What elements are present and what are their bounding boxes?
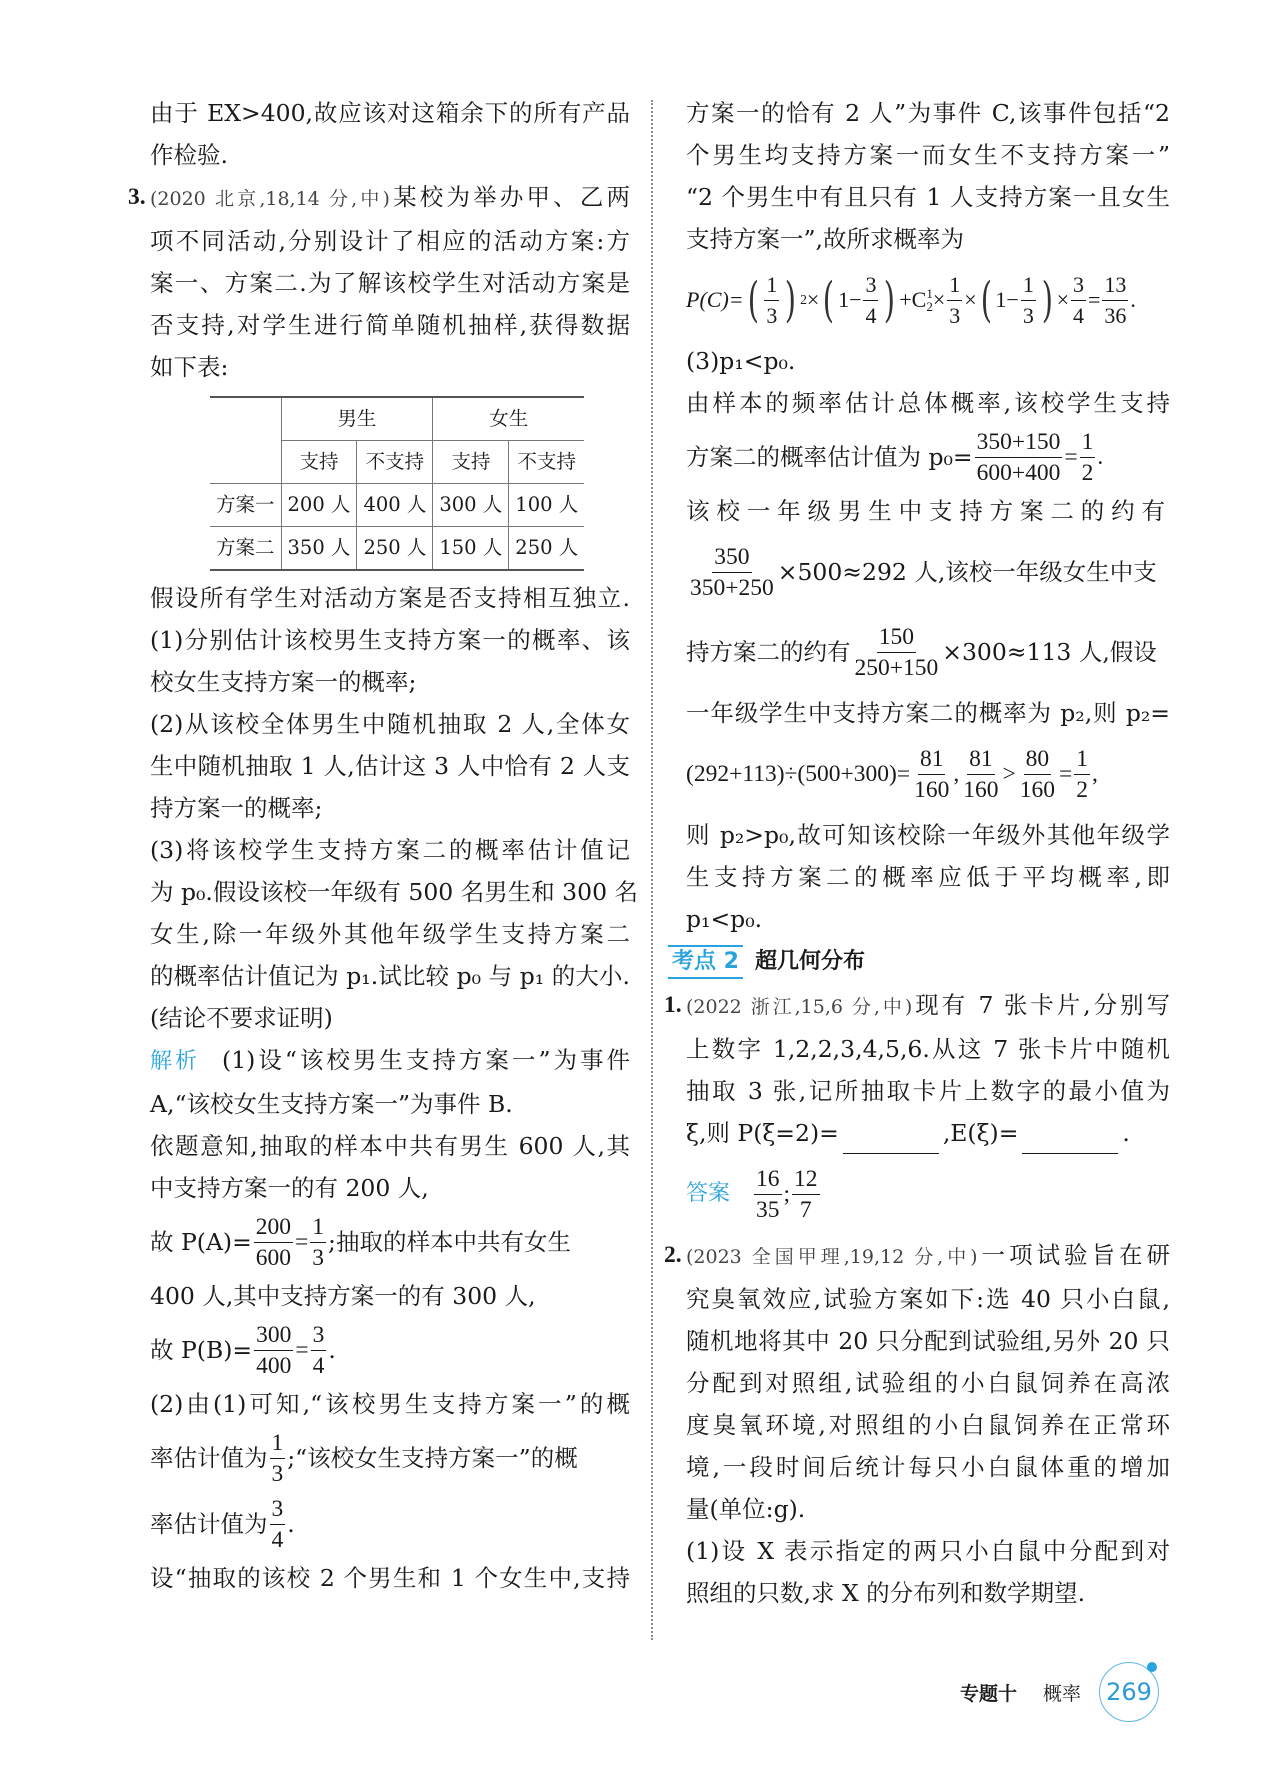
fraction: 13 bbox=[270, 1428, 286, 1489]
table-cell: 250 人 bbox=[357, 527, 433, 571]
text-line: p₁<p₀. bbox=[686, 898, 1170, 940]
text-line: 为 p₀.假设该校一年级有 500 名男生和 300 名 bbox=[150, 871, 630, 913]
table-sub-header: 支持 bbox=[433, 441, 509, 484]
text-line: (结论不要求证明) bbox=[150, 997, 630, 1039]
fraction: 1635 bbox=[754, 1164, 782, 1225]
text-line: (2)由(1)可知,“该校男生支持方案一”的概 bbox=[150, 1383, 630, 1425]
question-3: 3.(2020 北京,18,14 分,中)某校为举办甲、乙两 项不同活动,分别设… bbox=[150, 176, 630, 1039]
text-line: A,“该校女生支持方案一”为事件 B. bbox=[150, 1083, 630, 1125]
table-group-header: 男生 bbox=[281, 397, 433, 441]
denominator: 350+250 bbox=[688, 573, 776, 603]
fraction: 13 bbox=[764, 270, 779, 331]
data-table: 男生 女生 支持 不支持 支持 不支持 方案一 200 人 400 人 300 … bbox=[210, 396, 584, 571]
text-line: 否支持,对学生进行简单随机抽样,获得数据 bbox=[150, 304, 630, 346]
fraction: 12 bbox=[1074, 744, 1090, 805]
answer-blank[interactable] bbox=[843, 1129, 939, 1154]
denominator: 7 bbox=[798, 1195, 814, 1225]
text-line: 方案一的恰有 2 人”为事件 C,该事件包括“2 bbox=[686, 92, 1170, 134]
right-column: 方案一的恰有 2 人”为事件 C,该事件包括“2 个男生均支持方案一而女生不支持… bbox=[686, 92, 1170, 1614]
text-line: (1)分别估计该校男生支持方案一的概率、该 bbox=[150, 619, 630, 661]
combination-symbol: C bbox=[912, 279, 927, 321]
text-line: 分配到对照组,试验组的小白鼠饲养在高浓 bbox=[686, 1362, 1170, 1404]
fraction: 34 bbox=[863, 270, 878, 331]
table-row: 方案二 350 人 250 人 150 人 250 人 bbox=[210, 527, 584, 571]
table-row: 方案一 200 人 400 人 300 人 100 人 bbox=[210, 484, 584, 527]
formula-text: 故 P(B)= bbox=[150, 1329, 252, 1371]
numerator: 200 bbox=[254, 1212, 293, 1243]
text-line: 生中随机抽取 1 人,估计这 3 人中恰有 2 人支 bbox=[150, 745, 630, 787]
numerator: 350+150 bbox=[975, 427, 1063, 458]
denominator: 3 bbox=[764, 301, 779, 331]
numerator: 3 bbox=[1071, 270, 1086, 301]
text-line: 400 人,其中支持方案一的有 300 人, bbox=[150, 1275, 630, 1317]
denominator: 160 bbox=[1018, 775, 1057, 805]
fraction: 200600 bbox=[254, 1212, 293, 1273]
table-cell: 250 人 bbox=[509, 527, 584, 571]
text-line: 则 p₂>p₀,故可知该校除一年级外其他年级学 bbox=[686, 814, 1170, 856]
formula-text: 方案二的概率估计值为 p₀= bbox=[686, 436, 973, 478]
text-line: 的概率估计值记为 p₁.试比较 p₀ 与 p₁ 的大小. bbox=[150, 955, 630, 997]
text-line: 如下表: bbox=[150, 346, 630, 388]
table-cell: 200 人 bbox=[281, 484, 357, 527]
section-tag: 考点 2 bbox=[668, 945, 743, 979]
page-number-badge: 269 bbox=[1099, 1662, 1159, 1722]
denominator: 4 bbox=[863, 301, 878, 331]
formula-pc: P(C)= (13)2 ×(1−34) +C12 ×13 ×(1−13) ×34… bbox=[686, 260, 1170, 340]
question-number: 1. bbox=[664, 984, 682, 1026]
formula-est1: 率估计值为 13 ;“该校女生支持方案一”的概 bbox=[150, 1425, 630, 1491]
formula-pa: 故 P(A)= 200600 = 13 ;抽取的样本中共有女生 bbox=[150, 1209, 630, 1275]
formula-male: 350350+250 ×500≈292 人,该校一年级女生中支 bbox=[686, 532, 1170, 612]
formula-p2: (292+113)÷(500+300)= 81160, 81160> 80160… bbox=[686, 734, 1170, 814]
formula-text: . bbox=[1122, 1119, 1129, 1147]
fraction: 34 bbox=[311, 1320, 327, 1381]
formula-text: 持方案二的约有 bbox=[686, 631, 851, 673]
text-line: 境,一段时间后统计每只小白鼠体重的增加 bbox=[686, 1446, 1170, 1488]
formula-text: ;抽取的样本中共有女生 bbox=[328, 1221, 571, 1263]
text-line: (3)p₁<p₀. bbox=[686, 340, 1170, 382]
text-line: 照组的只数,求 X 的分布列和数学期望. bbox=[686, 1572, 1170, 1614]
question-number: 3. bbox=[128, 176, 146, 218]
question-source: (2020 北京,18,14 分,中) bbox=[150, 188, 390, 210]
numerator: 3 bbox=[311, 1320, 327, 1351]
text-line: (1)设“该校男生支持方案一”为事件 bbox=[222, 1046, 630, 1074]
numerator: 80 bbox=[1024, 744, 1052, 775]
solution-label: 解析 bbox=[150, 1049, 200, 1074]
formula-text: (292+113)÷(500+300)= bbox=[686, 753, 910, 795]
answer-row: 答案 1635; 127 bbox=[686, 1154, 1170, 1234]
fraction: 300400 bbox=[254, 1320, 293, 1381]
formula-text: 率估计值为 bbox=[150, 1437, 268, 1479]
text-line: 中支持方案一的有 200 人, bbox=[150, 1167, 630, 1209]
formula-text: 故 P(A)= bbox=[150, 1221, 252, 1263]
formula-female: 持方案二的约有 150250+150 ×300≈113 人,假设 bbox=[686, 612, 1170, 692]
formula-text: . bbox=[287, 1503, 294, 1545]
page-number: 269 bbox=[1106, 1678, 1152, 1706]
denominator: 35 bbox=[754, 1195, 782, 1225]
text-line: 一项试验旨在研 bbox=[978, 1241, 1170, 1269]
numerator: 1 bbox=[1080, 427, 1096, 458]
numerator: 12 bbox=[792, 1164, 820, 1195]
text-line: “2 个男生中有且只有 1 人支持方案一且女生 bbox=[686, 176, 1170, 218]
table-row-label: 方案二 bbox=[210, 527, 281, 571]
text-line: 持方案一的概率; bbox=[150, 787, 630, 829]
answer-blank[interactable] bbox=[1022, 1129, 1118, 1154]
numerator: 1 bbox=[1074, 744, 1090, 775]
section-header: 考点 2 超几何分布 bbox=[668, 940, 1170, 984]
text-line: 究臭氧效应,试验方案如下:选 40 只小白鼠, bbox=[686, 1278, 1170, 1320]
table-cell: 100 人 bbox=[509, 484, 584, 527]
denominator: 2 bbox=[1074, 775, 1090, 805]
question-number: 2. bbox=[664, 1234, 682, 1276]
fraction: 13 bbox=[947, 270, 962, 331]
text-line: 假设所有学生对活动方案是否支持相互独立. bbox=[150, 577, 630, 619]
denominator: 4 bbox=[270, 1525, 286, 1555]
numerator: 150 bbox=[877, 622, 916, 653]
formula-text: ,E(ξ)= bbox=[943, 1119, 1019, 1147]
numerator: 350 bbox=[712, 542, 751, 573]
formula-text: ×300≈113 人,假设 bbox=[942, 631, 1157, 673]
text-line: 抽取 3 张,记所抽取卡片上数字的最小值为 bbox=[686, 1070, 1170, 1112]
table-sub-header: 不支持 bbox=[357, 441, 433, 484]
solution: 解析(1)设“该校男生支持方案一”为事件 A,“该校女生支持方案一”为事件 B.… bbox=[150, 1039, 630, 1599]
table-cell: 400 人 bbox=[357, 484, 433, 527]
fraction: 13 bbox=[310, 1212, 326, 1273]
footer-chapter: 概率 bbox=[1043, 1679, 1081, 1706]
text-line: (2)从该校全体男生中随机抽取 2 人,全体女 bbox=[150, 703, 630, 745]
denominator: 160 bbox=[961, 775, 1000, 805]
table-group-header: 女生 bbox=[433, 397, 584, 441]
question-1: 1.(2022 浙江,15,6 分,中)现有 7 张卡片,分别写 上数字 1,2… bbox=[686, 984, 1170, 1234]
text-line: 现有 7 张卡片,分别写 bbox=[912, 991, 1170, 1019]
numerator: 300 bbox=[254, 1320, 293, 1351]
question-2: 2.(2023 全国甲理,19,12 分,中)一项试验旨在研 究臭氧效应,试验方… bbox=[686, 1234, 1170, 1614]
numerator: 81 bbox=[918, 744, 946, 775]
denominator: 3 bbox=[1021, 301, 1036, 331]
fraction: 127 bbox=[792, 1164, 820, 1225]
question-source: (2023 全国甲理,19,12 分,中) bbox=[686, 1246, 978, 1268]
formula-text: ×500≈292 人,该校一年级女生中支 bbox=[778, 551, 1157, 593]
denominator: 400 bbox=[254, 1351, 293, 1381]
table-sub-header: 支持 bbox=[281, 441, 357, 484]
page-footer: 专题十 概率 269 bbox=[960, 1660, 1159, 1724]
numerator: 13 bbox=[1102, 270, 1128, 301]
fraction: 13 bbox=[1021, 270, 1036, 331]
fraction: 12 bbox=[1080, 427, 1096, 488]
left-column: 由于 EX>400,故应该对这箱余下的所有产品 作检验. 3.(2020 北京,… bbox=[150, 92, 630, 1599]
numerator: 1 bbox=[1021, 270, 1036, 301]
formula-p0: 方案二的概率估计值为 p₀= 350+150600+400 = 12. bbox=[686, 424, 1170, 490]
text-line: 生支持方案二的概率应低于平均概率,即 bbox=[686, 856, 1170, 898]
fraction: 34 bbox=[1071, 270, 1086, 331]
table-row-label: 方案一 bbox=[210, 484, 281, 527]
table-cell: 350 人 bbox=[281, 527, 357, 571]
numerator: 1 bbox=[310, 1212, 326, 1243]
text-line: 案一、方案二.为了解该校学生对活动方案是 bbox=[150, 262, 630, 304]
numerator: 1 bbox=[764, 270, 779, 301]
text-line: 由样本的频率估计总体概率,该校学生支持 bbox=[686, 382, 1170, 424]
text-line: 个男生均支持方案一而女生不支持方案一” bbox=[686, 134, 1170, 176]
denominator: 3 bbox=[310, 1243, 326, 1273]
text-line: 度臭氧环境,对照组的小白鼠饲养在正常环 bbox=[686, 1404, 1170, 1446]
fraction: 1336 bbox=[1102, 270, 1128, 331]
text-line: 项不同活动,分别设计了相应的活动方案:方 bbox=[150, 220, 630, 262]
table-corner bbox=[210, 397, 281, 484]
fraction: 80160 bbox=[1018, 744, 1057, 805]
text-line: 女生,除一年级外其他年级学生支持方案二 bbox=[150, 913, 630, 955]
formula-text: 率估计值为 bbox=[150, 1503, 268, 1545]
formula-text: . bbox=[328, 1329, 335, 1371]
text-line: 依题意知,抽取的样本中共有男生 600 人,其 bbox=[150, 1125, 630, 1167]
footer-topic: 专题十 bbox=[960, 1679, 1017, 1706]
text-line: 该校一年级男生中支持方案二的约有 bbox=[686, 490, 1170, 532]
text-line: (3)将该校学生支持方案二的概率估计值记 bbox=[150, 829, 630, 871]
denominator: 4 bbox=[1071, 301, 1086, 331]
section-title: 超几何分布 bbox=[755, 941, 865, 983]
numerator: 1 bbox=[947, 270, 962, 301]
denominator: 600+400 bbox=[975, 458, 1063, 488]
fraction: 350350+250 bbox=[688, 542, 776, 603]
denominator: 250+150 bbox=[853, 653, 941, 683]
text-line: 某校为举办甲、乙两 bbox=[390, 183, 630, 211]
numerator: 1 bbox=[270, 1428, 286, 1459]
fraction: 81160 bbox=[961, 744, 1000, 805]
denominator: 2 bbox=[1080, 458, 1096, 488]
fraction: 150250+150 bbox=[853, 622, 941, 683]
formula-pb: 故 P(B)= 300400 = 34 . bbox=[150, 1317, 630, 1383]
text-line: 设“抽取的该校 2 个男生和 1 个女生中,支持 bbox=[150, 1557, 630, 1599]
table-sub-header: 不支持 bbox=[509, 441, 584, 484]
denominator: 160 bbox=[912, 775, 951, 805]
fill-in-line: ξ,则 P(ξ=2)=,E(ξ)=. bbox=[686, 1112, 1170, 1154]
numerator: 81 bbox=[967, 744, 995, 775]
text-line: 上数字 1,2,2,3,4,5,6.从这 7 张卡片中随机 bbox=[686, 1028, 1170, 1070]
denominator: 3 bbox=[270, 1459, 286, 1489]
formula-text: P(C)= bbox=[686, 279, 744, 321]
text-line: 校女生支持方案一的概率; bbox=[150, 661, 630, 703]
fraction: 34 bbox=[270, 1494, 286, 1555]
text-line: 一年级学生中支持方案二的概率为 p₂,则 p₂= bbox=[686, 692, 1170, 734]
formula-text: ξ,则 P(ξ=2)= bbox=[686, 1119, 839, 1147]
numerator: 3 bbox=[863, 270, 878, 301]
badge-dot-icon bbox=[1147, 1662, 1157, 1672]
numerator: 16 bbox=[754, 1164, 782, 1195]
table-cell: 300 人 bbox=[433, 484, 509, 527]
fraction: 350+150600+400 bbox=[975, 427, 1063, 488]
text-line: (1)设 X 表示指定的两只小白鼠中分配到对 bbox=[686, 1530, 1170, 1572]
numerator: 3 bbox=[270, 1494, 286, 1525]
denominator: 4 bbox=[311, 1351, 327, 1381]
formula-text: ;“该校女生支持方案一”的概 bbox=[287, 1437, 577, 1479]
text-line: 量(单位:g). bbox=[686, 1488, 1170, 1530]
column-divider bbox=[651, 100, 653, 1640]
denominator: 3 bbox=[947, 301, 962, 331]
text-line: 支持方案一”,故所求概率为 bbox=[686, 218, 1170, 260]
denominator: 36 bbox=[1102, 301, 1128, 331]
text-line: 由于 EX>400,故应该对这箱余下的所有产品 bbox=[150, 92, 630, 134]
fraction: 81160 bbox=[912, 744, 951, 805]
denominator: 600 bbox=[254, 1243, 293, 1273]
table-cell: 150 人 bbox=[433, 527, 509, 571]
question-source: (2022 浙江,15,6 分,中) bbox=[686, 996, 912, 1018]
answer-label: 答案 bbox=[686, 1173, 730, 1215]
text-line: 作检验. bbox=[150, 134, 630, 176]
text-line: 随机地将其中 20 只分配到试验组,另外 20 只 bbox=[686, 1320, 1170, 1362]
formula-est2: 率估计值为 34 . bbox=[150, 1491, 630, 1557]
